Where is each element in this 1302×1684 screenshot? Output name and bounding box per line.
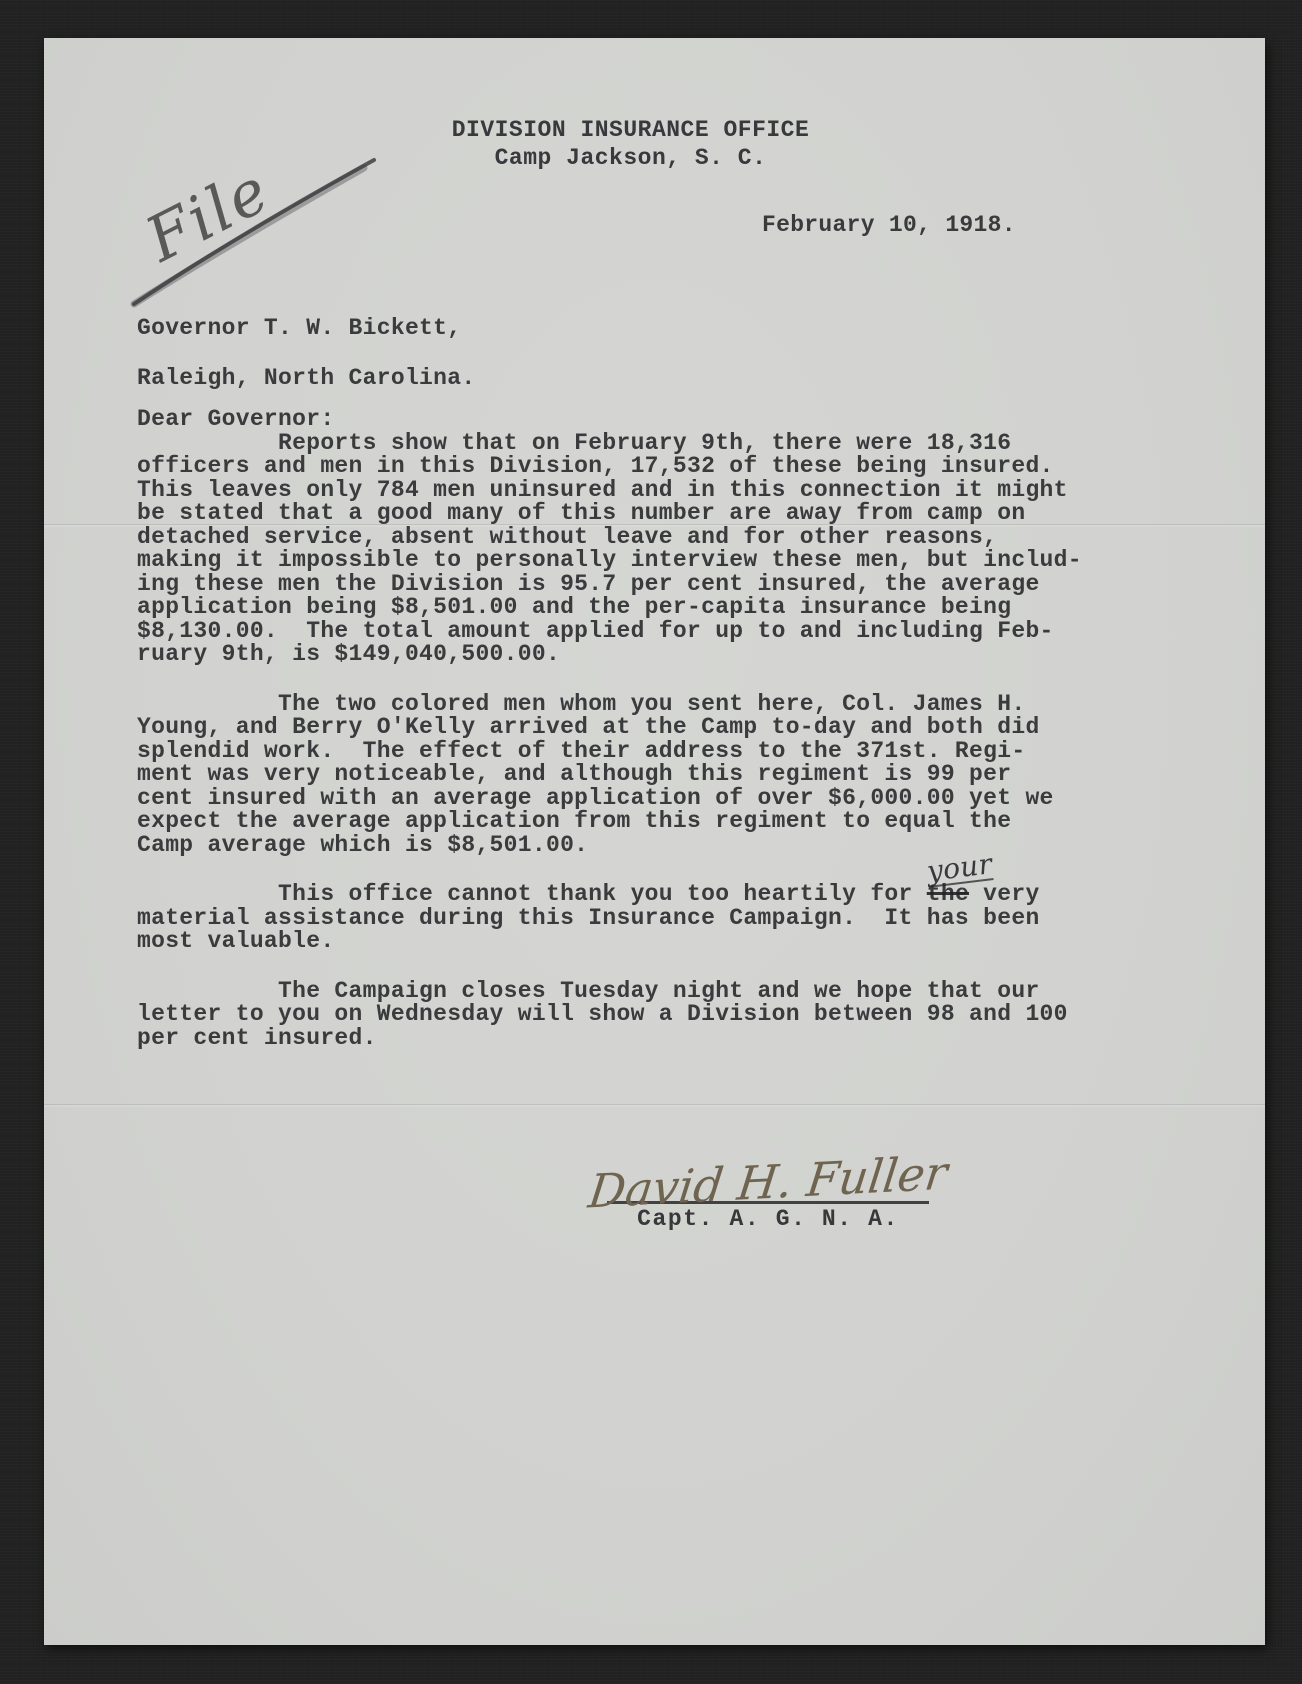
letter-paper: File DIVISION INSURANCE OFFICE Camp Jack…	[44, 38, 1265, 1645]
typed-line: application being $8,501.00 and the per-…	[137, 596, 1167, 620]
typed-line: The Campaign closes Tuesday night and we…	[137, 980, 1167, 1004]
typed-line: material assistance during this Insuranc…	[137, 907, 1167, 931]
typed-line: per cent insured.	[137, 1027, 1167, 1051]
typed-line: The two colored men whom you sent here, …	[137, 693, 1167, 717]
salutation: Dear Governor:	[137, 408, 1167, 432]
typed-line: Young, and Berry O'Kelly arrived at the …	[137, 716, 1167, 740]
typed-line: officers and men in this Division, 17,53…	[137, 455, 1167, 479]
typed-segment: This office cannot thank you too heartil…	[137, 881, 927, 907]
typed-line: ing these men the Division is 95.7 per c…	[137, 573, 1167, 597]
typed-line: be stated that a good many of this numbe…	[137, 502, 1167, 526]
letterhead-location: Camp Jackson, S. C.	[20, 144, 1241, 172]
signature-block: David H. Fuller Capt. A. G. N. A.	[582, 1156, 954, 1232]
typed-segment: very	[969, 881, 1040, 907]
typed-line: ruary 9th, is $149,040,500.00.	[137, 643, 1167, 667]
typed-line: Reports show that on February 9th, there…	[137, 432, 1167, 456]
typed-line: ment was very noticeable, and although t…	[137, 763, 1167, 787]
typed-line: cent insured with an average application…	[137, 787, 1167, 811]
typed-line: splendid work. The effect of their addre…	[137, 740, 1167, 764]
body-paragraph-2: The two colored men whom you sent here, …	[137, 693, 1167, 858]
typed-line: making it impossible to personally inter…	[137, 549, 1167, 573]
typed-line: Camp average which is $8,501.00.	[137, 834, 1167, 858]
body-paragraph-3: This office cannot thank you too heartil…	[137, 883, 1167, 954]
body-paragraph-1: Reports show that on February 9th, there…	[137, 432, 1167, 667]
recipient-name-line: Governor T. W. Bickett,	[137, 315, 461, 341]
letterhead: DIVISION INSURANCE OFFICE Camp Jackson, …	[20, 116, 1241, 172]
photographed-letter-on-dark-mat: File DIVISION INSURANCE OFFICE Camp Jack…	[0, 0, 1302, 1684]
typed-line: This leaves only 784 men uninsured and i…	[137, 479, 1167, 503]
typed-line: letter to you on Wednesday will show a D…	[137, 1003, 1167, 1027]
date-line: February 10, 1918.	[762, 212, 1016, 238]
typed-line-with-correction: This office cannot thank you too heartil…	[137, 883, 1167, 907]
typed-line: expect the average application from this…	[137, 810, 1167, 834]
letter-body: Dear Governor: Reports show that on Febr…	[137, 408, 1167, 1050]
correction-anchor: theyour	[927, 883, 969, 907]
typed-line: detached service, absent without leave a…	[137, 526, 1167, 550]
typed-line: $8,130.00. The total amount applied for …	[137, 620, 1167, 644]
recipient-address-line: Raleigh, North Carolina.	[137, 365, 475, 391]
body-paragraph-4: The Campaign closes Tuesday night and we…	[137, 980, 1167, 1051]
fold-crease-lower	[44, 1104, 1265, 1107]
typed-line: most valuable.	[137, 930, 1167, 954]
letterhead-office-name: DIVISION INSURANCE OFFICE	[20, 116, 1241, 144]
